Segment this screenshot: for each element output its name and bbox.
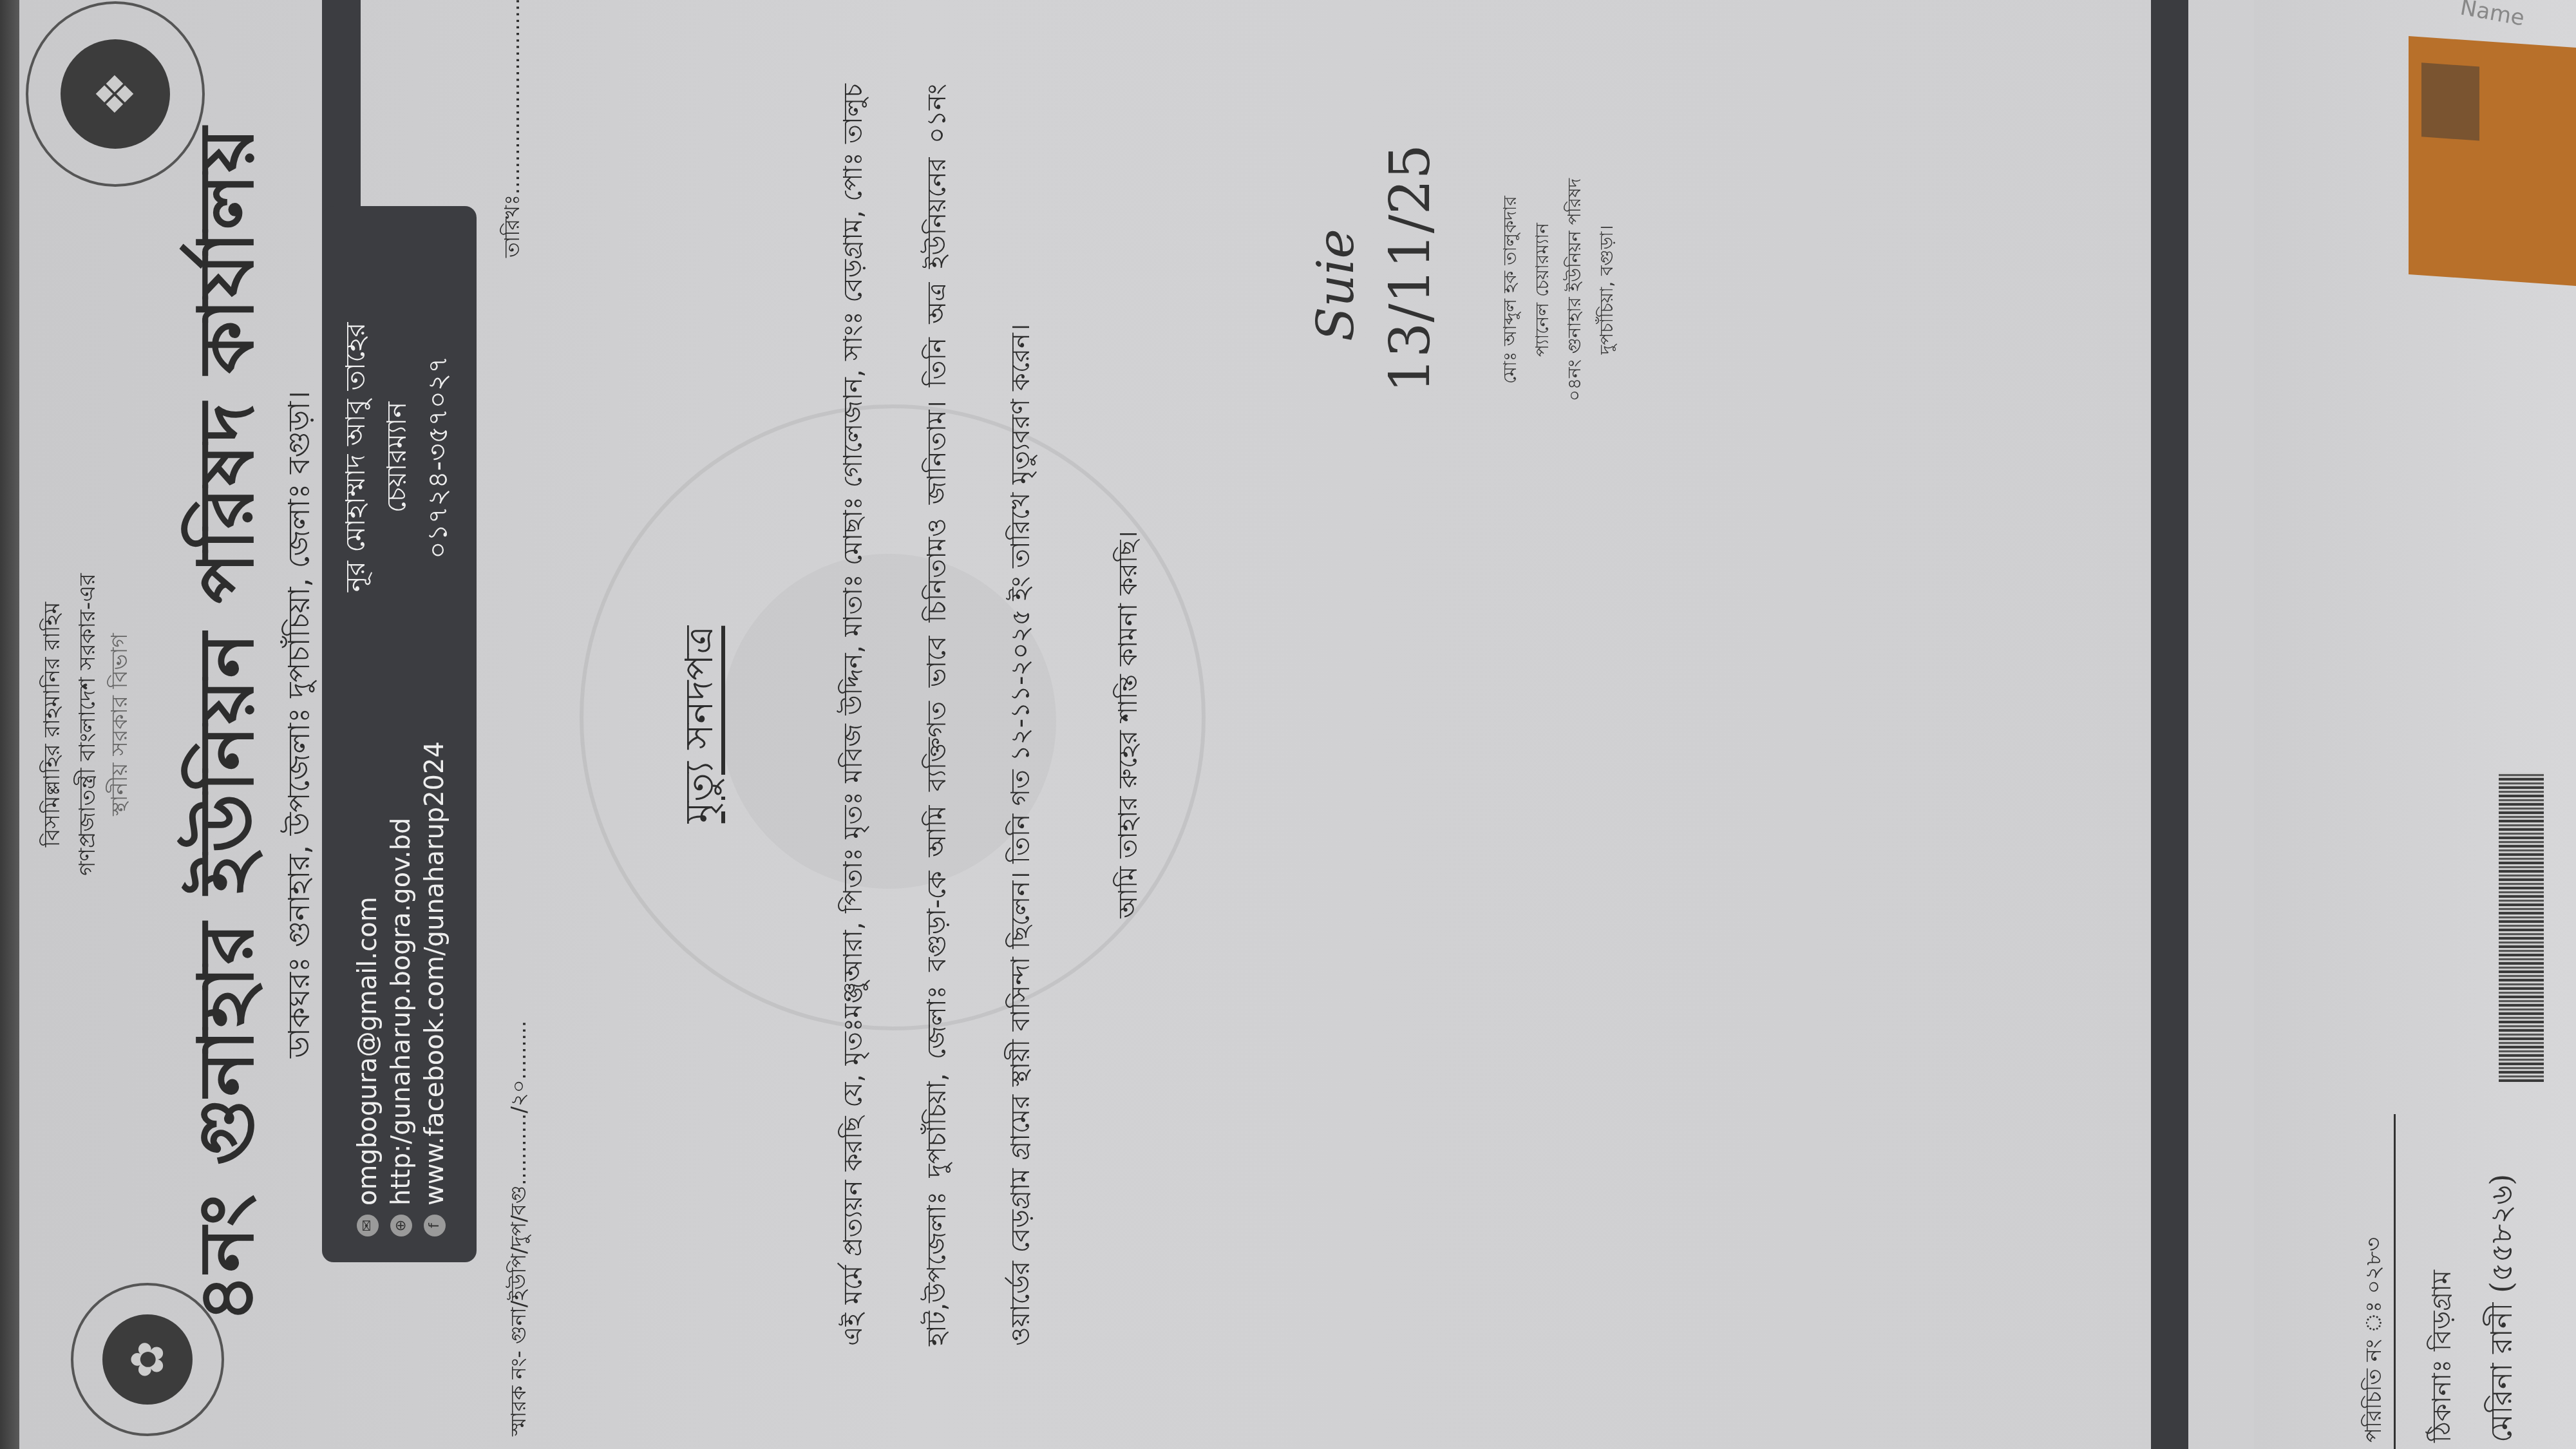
form-divider xyxy=(2394,1114,2396,1449)
signature-scrawl: Suie xyxy=(1307,229,1365,341)
signatory-name: মোঃ আব্দুল হক তালুকদার xyxy=(1494,109,1526,470)
header-government: গণপ্রজাতন্ত্রী বাংলাদেশ সরকার-এর xyxy=(71,0,108,1449)
header-bismillah: বিসমিল্লাহির রাহমানির রাহিম xyxy=(35,0,72,1449)
mail-icon: ✉ xyxy=(357,1215,379,1236)
header-division: স্থানীয় সরকার বিভাগ xyxy=(103,0,140,1449)
background-note-line3: মেরিনা রানী (৫৫৮২৬) xyxy=(2479,1174,2528,1443)
document-edge-bar xyxy=(2151,0,2188,1449)
photo-patch xyxy=(2421,62,2479,140)
office-address: ডাকঘরঃ গুনাহার, উপজেলাঃ দুপচাঁচিয়া, জেল… xyxy=(277,0,326,1449)
signatory-office: ০৪নং গুনাহার ইউনিয়ন পরিষদ xyxy=(1558,109,1591,470)
background-note-line1: পরিচিতি নং ঃ ০২৮৩ xyxy=(2357,1237,2394,1443)
signatory-location: দুপচাঁচিয়া, বগুড়া। xyxy=(1591,109,1623,470)
signatory-stamp: মোঃ আব্দুল হক তালুকদার প্যানেল চেয়ারম্য… xyxy=(1494,109,1623,470)
certificate-document: ✿ ❖ বিসমিল্লাহির রাহমানির রাহিম গণপ্রজাত… xyxy=(0,0,2125,1449)
chairman-info: নূর মোহাম্মাদ আবু তাহের চেয়ারম্যান ০১৭২… xyxy=(335,232,459,683)
certificate-prayer: আমি তাহার রুহের শান্তি কামনা করছি। xyxy=(1108,0,1151,1449)
memo-date: তারিখঃ.................................. xyxy=(496,0,531,258)
certificate-body: এই মর্মে প্রত্যয়ন করছি যে, মৃতঃমঞ্জুআরা… xyxy=(811,84,1063,1346)
contact-facebook: f www.facebook.com/gunaharup2024 xyxy=(418,741,451,1236)
certificate-title: মৃত্যু সনদপত্র xyxy=(670,0,734,1449)
signature-date: 13/11/25 xyxy=(1378,144,1443,393)
signatory-role: প্যানেল চেয়ারম্যান xyxy=(1526,109,1558,470)
chairman-name: নূর মোহাম্মাদ আবু তাহের xyxy=(335,232,376,683)
email-text: omgbogura@gmail.com xyxy=(351,896,384,1206)
contact-list: ✉ omgbogura@gmail.com ⊕ http:/gunaharup.… xyxy=(351,741,451,1236)
chairman-phone: ০১৭২৪-৩৫৭০২৭ xyxy=(417,232,459,683)
orange-card xyxy=(2409,36,2576,286)
website-text: http:/gunaharup.bogra.gov.bd xyxy=(384,818,418,1206)
contact-website: ⊕ http:/gunaharup.bogra.gov.bd xyxy=(384,741,418,1236)
chairman-designation: চেয়ারম্যান xyxy=(376,232,417,683)
office-title: ৪নং গুনাহার ইউনিয়ন পরিষদ কার্যালয় xyxy=(167,0,295,1449)
facebook-text: www.facebook.com/gunaharup2024 xyxy=(418,741,451,1206)
background-note-line2: ঠিকানাঃ বিড়গ্রাম xyxy=(2421,1270,2465,1443)
barcode xyxy=(2499,773,2544,1082)
facebook-icon: f xyxy=(424,1215,446,1236)
globe-icon: ⊕ xyxy=(390,1215,412,1236)
memo-reference: স্মারক নং- গুনা/ইউপি/দুপ/বগু.........../… xyxy=(502,1021,537,1436)
contact-email: ✉ omgbogura@gmail.com xyxy=(351,741,384,1236)
